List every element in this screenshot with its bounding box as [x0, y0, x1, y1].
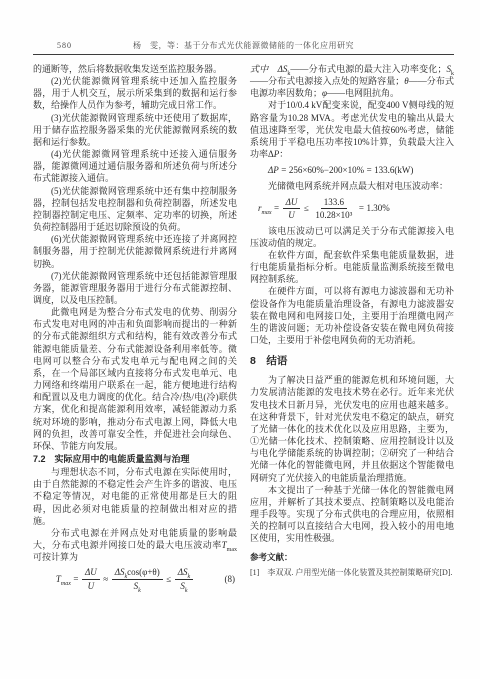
- denominator: U: [285, 209, 298, 221]
- denominator: 10.28×10³: [312, 209, 355, 221]
- paragraph: (4)光伏能源微网管理系统中还接入通信服务器，能源微网通过通信服务器和所述负荷与…: [33, 148, 237, 184]
- left-column: 的通断等，然后将数据收集发送至监控服务器。(2)光伏能源微网管理系统中还加入监控…: [33, 63, 237, 595]
- text-run: 分布式电源在并网点处对电能质量的影响最大，分布式电源并网接口处的最大电压波动率: [33, 528, 237, 550]
- operator: ≈: [103, 573, 108, 585]
- operator: ≤: [304, 202, 309, 214]
- denominator: Sk: [131, 580, 144, 592]
- equation-number: (8): [225, 573, 236, 585]
- paragraph: (2)光伏能源微网管理系统中还加入监控服务器，用于人机交互，展示所采集到的数据和…: [33, 75, 237, 111]
- numerator: ΔU: [283, 197, 301, 210]
- text-run: ：: [279, 149, 288, 159]
- math-term: Tmax: [56, 573, 71, 585]
- math-term: ΔSk: [115, 567, 127, 577]
- paragraph: 该电压波动已可以满足关于分布式能源接入电压波动值的规定。: [250, 225, 454, 249]
- paragraph: 光储微电网系统并网点最大相对电压波动率：: [250, 180, 454, 192]
- operator: =: [274, 202, 279, 214]
- math-term: 133.6(kW): [374, 164, 413, 176]
- numerator: ΔU: [82, 567, 100, 580]
- section-heading: 8 结语: [250, 355, 454, 367]
- page-number: 580: [57, 41, 72, 50]
- numerator: ΔSk: [175, 567, 193, 580]
- paragraph: (6)光伏能源微网管理系统中还连接了并离网控制服务器，用于控制光伏能源微网系统进…: [33, 233, 237, 269]
- numerator: 133.6: [321, 197, 347, 210]
- math-term: ΔU: [85, 567, 97, 577]
- fraction: ΔUU: [283, 197, 301, 221]
- denominator: U: [85, 580, 98, 592]
- math-term: 256×60%−200×10%: [289, 164, 364, 176]
- denominator: Sk: [177, 580, 190, 592]
- operator: =: [367, 164, 372, 176]
- paragraph: (7)光伏能源微网管理系统中还包括能源管理服务器，能源管理服务器用于进行分布式能…: [33, 270, 237, 306]
- content-columns: 的通断等，然后将数据收集发送至监控服务器。(2)光伏能源微网管理系统中还加入监控…: [33, 63, 454, 595]
- math-term: U: [288, 210, 295, 220]
- operator: =: [281, 164, 286, 176]
- math-term: ΔP: [268, 164, 279, 176]
- paper-page: 580 杨 雯，等：基于分布式光伏能源微储能的一体化应用研究 的通断等，然后将数…: [0, 0, 480, 679]
- math-term: ΔSk: [178, 567, 190, 577]
- math-term: ΔU: [286, 197, 298, 207]
- math-term: 1.30%: [366, 202, 389, 214]
- references-heading: 参考文献：: [250, 551, 454, 563]
- paragraph: 此微电网是为整合分布式发电的优势、削弱分布式发电对电网的冲击和负面影响而提出的一…: [33, 306, 237, 452]
- math-term: rmax: [258, 202, 272, 214]
- header-rule: [33, 54, 454, 55]
- formula: ΔP=256×60%−200×10%=133.6(kW): [250, 164, 454, 176]
- paragraph: 式中 ΔSk——分布式电源的最大注入功率变化；Sk——分布式电源接入点处的短路容…: [250, 63, 454, 99]
- text-run: 式中 ΔS: [250, 64, 287, 74]
- math-term: 133.6: [324, 197, 344, 207]
- reference-item: [1] 李双双. 户用型光储一体化装置及其控制策略研究[D].: [250, 567, 454, 578]
- numerator: ΔSkcos(φ+θ): [112, 567, 163, 580]
- math-term: 10.28×10³: [315, 210, 352, 220]
- paragraph: 在软件方面，配套软件采集电能质量数据，进行电能质量指标分析。电能质量监测系统接至…: [250, 249, 454, 285]
- operator: =: [359, 202, 364, 214]
- operator: =: [73, 573, 78, 585]
- text-run: ——分布式电源的最大注入功率变化；: [290, 64, 446, 74]
- math-term: Sk: [134, 581, 141, 591]
- fraction: 133.610.28×10³: [312, 197, 355, 221]
- paragraph: 与理想状态不同，分布式电源在实际使用时，由于自然能源的不稳定性会产生许多的谐波、…: [33, 466, 237, 527]
- formula-body: rmax=ΔUU≤133.610.28×10³=1.30%: [258, 197, 390, 221]
- page-header: 580 杨 雯，等：基于分布式光伏能源微储能的一体化应用研究: [33, 40, 454, 52]
- paragraph: 分布式电源在并网点处对电能质量的影响最大，分布式电源并网接口处的最大电压波动率T…: [33, 527, 237, 563]
- paragraph: 的通断等，然后将数据收集发送至监控服务器。: [33, 63, 237, 75]
- formula: rmax=ΔUU≤133.610.28×10³=1.30%: [250, 197, 454, 221]
- paragraph: 为了解决日益严重的能源危机和环境问题，大力发展清洁能源的发电技术势在必行。近年来…: [250, 374, 454, 483]
- paragraph: 在硬件方面，可以将有源电力滤波器和无功补偿设备作为电能质量治理设备，有源电力滤波…: [250, 285, 454, 346]
- fraction: ΔSkcos(φ+θ)Sk: [112, 567, 163, 591]
- paragraph: (3)光伏能源微网管理系统中还使用了数据库，用于储存监控服务器采集的光伏能源微网…: [33, 112, 237, 148]
- fraction: ΔUU: [82, 567, 100, 591]
- formula: Tmax=ΔUU≈ΔSkcos(φ+θ)Sk≤ΔSkSk(8): [33, 567, 237, 591]
- section-heading: 7.2 实际应用中的电能质量监测与治理: [33, 453, 237, 465]
- fraction: ΔSkSk: [175, 567, 193, 591]
- math-term: U: [88, 581, 95, 591]
- math-term: Sk: [180, 581, 187, 591]
- paragraph: 对于10/0.4 kV配变来说，配变400 V侧母线的短路容量为10.28 MV…: [250, 99, 454, 160]
- right-column: 式中 ΔSk——分布式电源的最大注入功率变化；Sk——分布式电源接入点处的短路容…: [250, 63, 454, 595]
- text-run: 可按计算为: [33, 552, 78, 562]
- paragraph: (5)光伏能源微网管理系统中还有集中控制服务器，控制包括发电控制器和负荷控制器，…: [33, 185, 237, 234]
- math-term: cos(φ+θ): [127, 567, 160, 577]
- running-title: 杨 雯，等：基于分布式光伏能源微储能的一体化应用研究: [33, 40, 454, 51]
- formula-body: ΔP=256×60%−200×10%=133.6(kW): [268, 164, 413, 176]
- paragraph: 本文提出了一种基于光储一体化的智能微电网应用，并解析了其技术要点、控制策略以及电…: [250, 484, 454, 545]
- operator: ≤: [166, 573, 171, 585]
- text-run: ——电网阻抗角。: [327, 88, 399, 98]
- text-run: ——分布式电源接入点处的短路容量；: [250, 76, 404, 86]
- formula-body: Tmax=ΔUU≈ΔSkcos(φ+θ)Sk≤ΔSkSk: [56, 567, 194, 591]
